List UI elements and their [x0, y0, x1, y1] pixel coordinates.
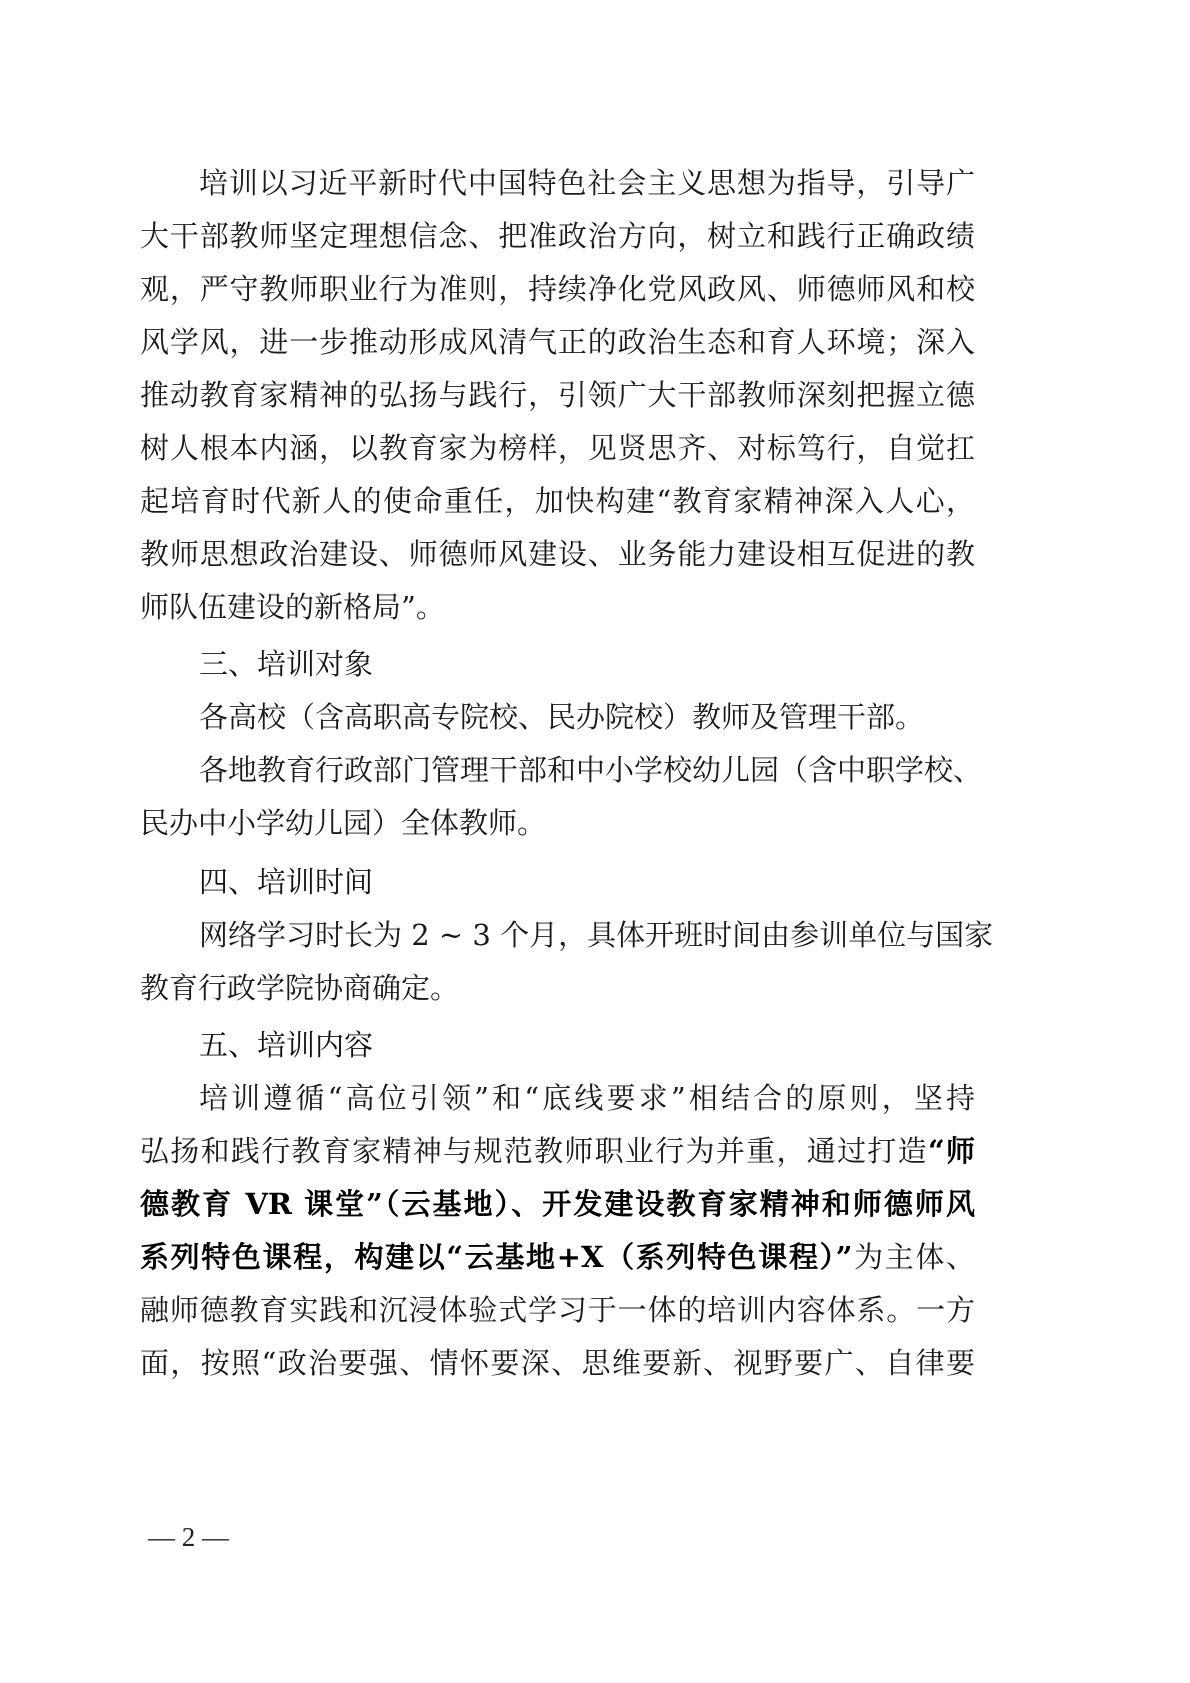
- paragraph-line: 推动教育家精神的弘扬与践行，引领广大干部教师深刻把握立德: [140, 375, 975, 415]
- section-heading-time: 四、培训时间: [199, 862, 975, 902]
- paragraph-line: 大干部教师坚定理想信念、把准政治方向，树立和践行正确政绩: [140, 216, 975, 256]
- section-heading-content: 五、培训内容: [199, 1025, 975, 1065]
- paragraph-line: 民办中小学幼儿园）全体教师。: [140, 803, 975, 843]
- paragraph-line: 各地教育行政部门管理干部和中小学校幼儿园（含中职学校、: [199, 750, 975, 790]
- text-normal: 为主体、: [852, 1240, 975, 1274]
- page-number: — 2 —: [148, 1522, 229, 1552]
- paragraph-line: 培训遵循“高位引领”和“底线要求”相结合的原则，坚持: [199, 1078, 975, 1118]
- paragraph-line: 培训以习近平新时代中国特色社会主义思想为指导，引导广: [199, 163, 975, 203]
- paragraph-line-bold: 德教育 VR 课堂”（云基地）、开发建设教育家精神和师德师风: [140, 1184, 975, 1224]
- paragraph-line: 网络学习时长为 2 ~ 3 个月，具体开班时间由参训单位与国家: [199, 915, 975, 955]
- text-normal: 弘扬和践行教育家精神与规范教师职业行为并重，通过打造: [140, 1134, 928, 1168]
- document-page: 培训以习近平新时代中国特色社会主义思想为指导，引导广 大干部教师坚定理想信念、把…: [0, 0, 1190, 1683]
- text-bold: “师: [928, 1134, 975, 1168]
- paragraph-line: 弘扬和践行教育家精神与规范教师职业行为并重，通过打造“师: [140, 1131, 975, 1171]
- paragraph-line: 教师思想政治建设、师德师风建设、业务能力建设相互促进的教: [140, 534, 975, 574]
- paragraph-line: 观，严守教师职业行为准则，持续净化党风政风、师德师风和校: [140, 269, 975, 309]
- paragraph-line: 系列特色课程，构建以“云基地+X（系列特色课程）”为主体、: [140, 1237, 975, 1277]
- section-heading-targets: 三、培训对象: [199, 644, 975, 684]
- paragraph-line: 风学风，进一步推动形成风清气正的政治生态和育人环境；深入: [140, 322, 975, 362]
- paragraph-line: 融师德教育实践和沉浸体验式学习于一体的培训内容体系。一方: [140, 1290, 975, 1330]
- paragraph-line: 起培育时代新人的使命重任，加快构建“教育家精神深入人心，: [140, 481, 975, 521]
- paragraph-line: 面，按照“政治要强、情怀要深、思维要新、视野要广、自律要: [140, 1343, 975, 1383]
- paragraph-line: 树人根本内涵，以教育家为榜样，见贤思齐、对标笃行，自觉扛: [140, 428, 975, 468]
- text-bold: 系列特色课程，构建以“云基地+X（系列特色课程）”: [140, 1240, 852, 1274]
- paragraph-line: 师队伍建设的新格局”。: [140, 587, 975, 627]
- paragraph-line: 各高校（含高职高专院校、民办院校）教师及管理干部。: [199, 697, 975, 737]
- paragraph-line: 教育行政学院协商确定。: [140, 968, 975, 1008]
